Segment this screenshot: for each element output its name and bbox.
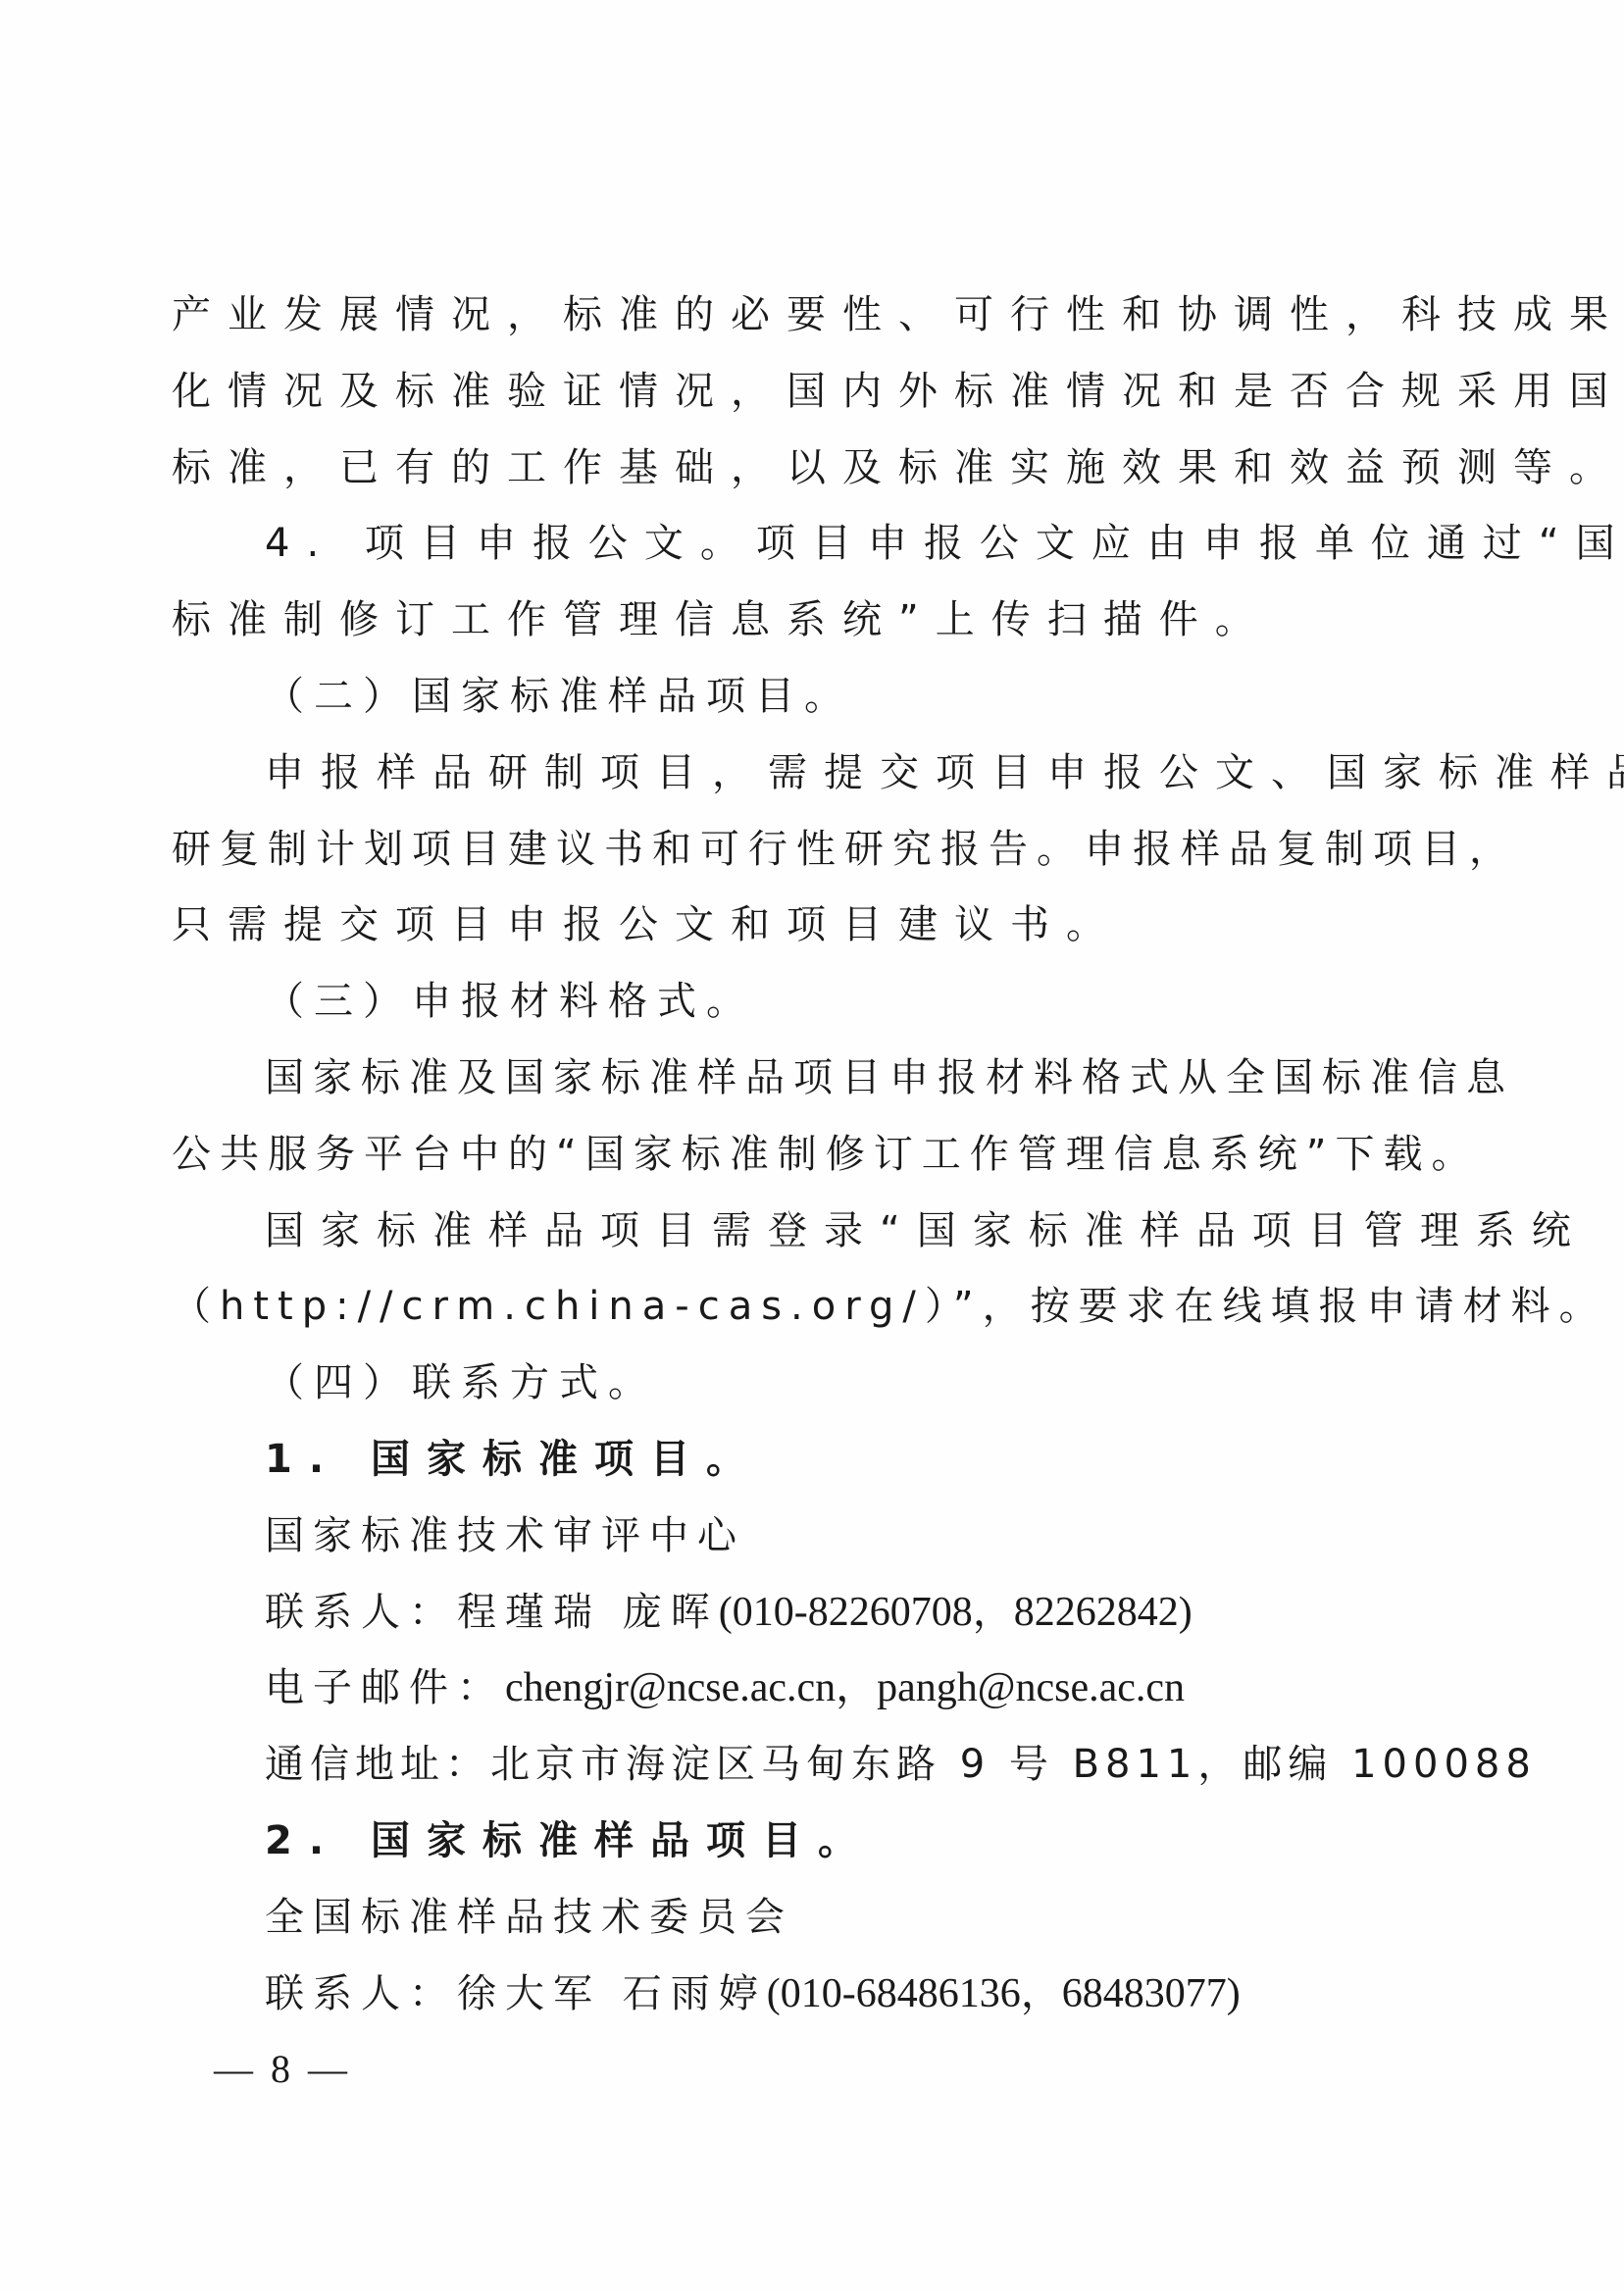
email-value[interactable]: chengjr@ncse.ac.cn，pangh@ncse.ac.cn bbox=[505, 1665, 1185, 1710]
contact-address-1: 通信地址：北京市海淀区马甸东路 9 号 B811，邮编 100088 bbox=[172, 1727, 1409, 1804]
contact-names: 程瑾瑞 庞晖 bbox=[457, 1590, 719, 1635]
address-value: 北京市海淀区马甸东路 9 号 B811，邮编 100088 bbox=[490, 1742, 1537, 1787]
section-heading-4: （四）联系方式。 bbox=[172, 1346, 1409, 1422]
section-heading-3: （三）申报材料格式。 bbox=[172, 964, 1409, 1041]
address-label: 通信地址： bbox=[265, 1742, 490, 1787]
contact-label: 联系人： bbox=[265, 1971, 457, 2016]
paragraph-line: 研复制计划项目建议书和可行性研究报告。申报样品复制项目， bbox=[172, 812, 1409, 889]
contact-heading-2: 2. 国家标准样品项目。 bbox=[172, 1804, 1409, 1880]
contact-phones: (010-82260708，82262842) bbox=[719, 1590, 1193, 1635]
paragraph-line: 公共服务平台中的“国家标准制修订工作管理信息系统”下载。 bbox=[172, 1117, 1409, 1194]
contact-email-1: 电子邮件：chengjr@ncse.ac.cn，pangh@ncse.ac.cn bbox=[172, 1651, 1409, 1727]
paragraph-line: 标准制修订工作管理信息系统”上传扫描件。 bbox=[172, 583, 1409, 659]
contact-org-2: 全国标准样品技术委员会 bbox=[172, 1880, 1409, 1957]
document-body: 产业发展情况，标准的必要性、可行性和协调性，科技成果转 化情况及标准验证情况，国… bbox=[172, 278, 1409, 2032]
contact-people-1: 联系人：程瑾瑞 庞晖(010-82260708，82262842) bbox=[172, 1575, 1409, 1652]
paragraph-line: 只需提交项目申报公文和项目建议书。 bbox=[172, 888, 1409, 964]
contact-people-2: 联系人：徐大军 石雨婷(010-68486136，68483077) bbox=[172, 1957, 1409, 2033]
url-line: （http://crm.china-cas.org/）”，按要求在线填报申请材料… bbox=[172, 1269, 1409, 1346]
section-heading-2: （二）国家标准样品项目。 bbox=[172, 659, 1409, 736]
paragraph-line: 产业发展情况，标准的必要性、可行性和协调性，科技成果转 bbox=[172, 278, 1409, 354]
page-number: — 8 — bbox=[214, 2046, 351, 2092]
paragraph-line: 4. 项目申报公文。项目申报公文应由申报单位通过“国家 bbox=[172, 506, 1409, 583]
email-label: 电子邮件： bbox=[265, 1665, 505, 1710]
paragraph-line: 申报样品研制项目，需提交项目申报公文、国家标准样品 bbox=[172, 736, 1409, 812]
contact-names: 徐大军 石雨婷 bbox=[457, 1971, 767, 2016]
contact-label: 联系人： bbox=[265, 1590, 457, 1635]
contact-phones: (010-68486136，68483077) bbox=[767, 1971, 1241, 2016]
paragraph-line: 标准，已有的工作基础，以及标准实施效果和效益预测等。 bbox=[172, 431, 1409, 507]
document-page: 产业发展情况，标准的必要性、可行性和协调性，科技成果转 化情况及标准验证情况，国… bbox=[0, 0, 1624, 2291]
paragraph-line: 国家标准样品项目需登录“国家标准样品项目管理系统 bbox=[172, 1194, 1409, 1270]
paragraph-line: 国家标准及国家标准样品项目申报材料格式从全国标准信息 bbox=[172, 1041, 1409, 1117]
contact-org-1: 国家标准技术审评中心 bbox=[172, 1499, 1409, 1575]
paragraph-line: 化情况及标准验证情况，国内外标准情况和是否合规采用国际 bbox=[172, 354, 1409, 431]
contact-heading-1: 1. 国家标准项目。 bbox=[172, 1422, 1409, 1499]
